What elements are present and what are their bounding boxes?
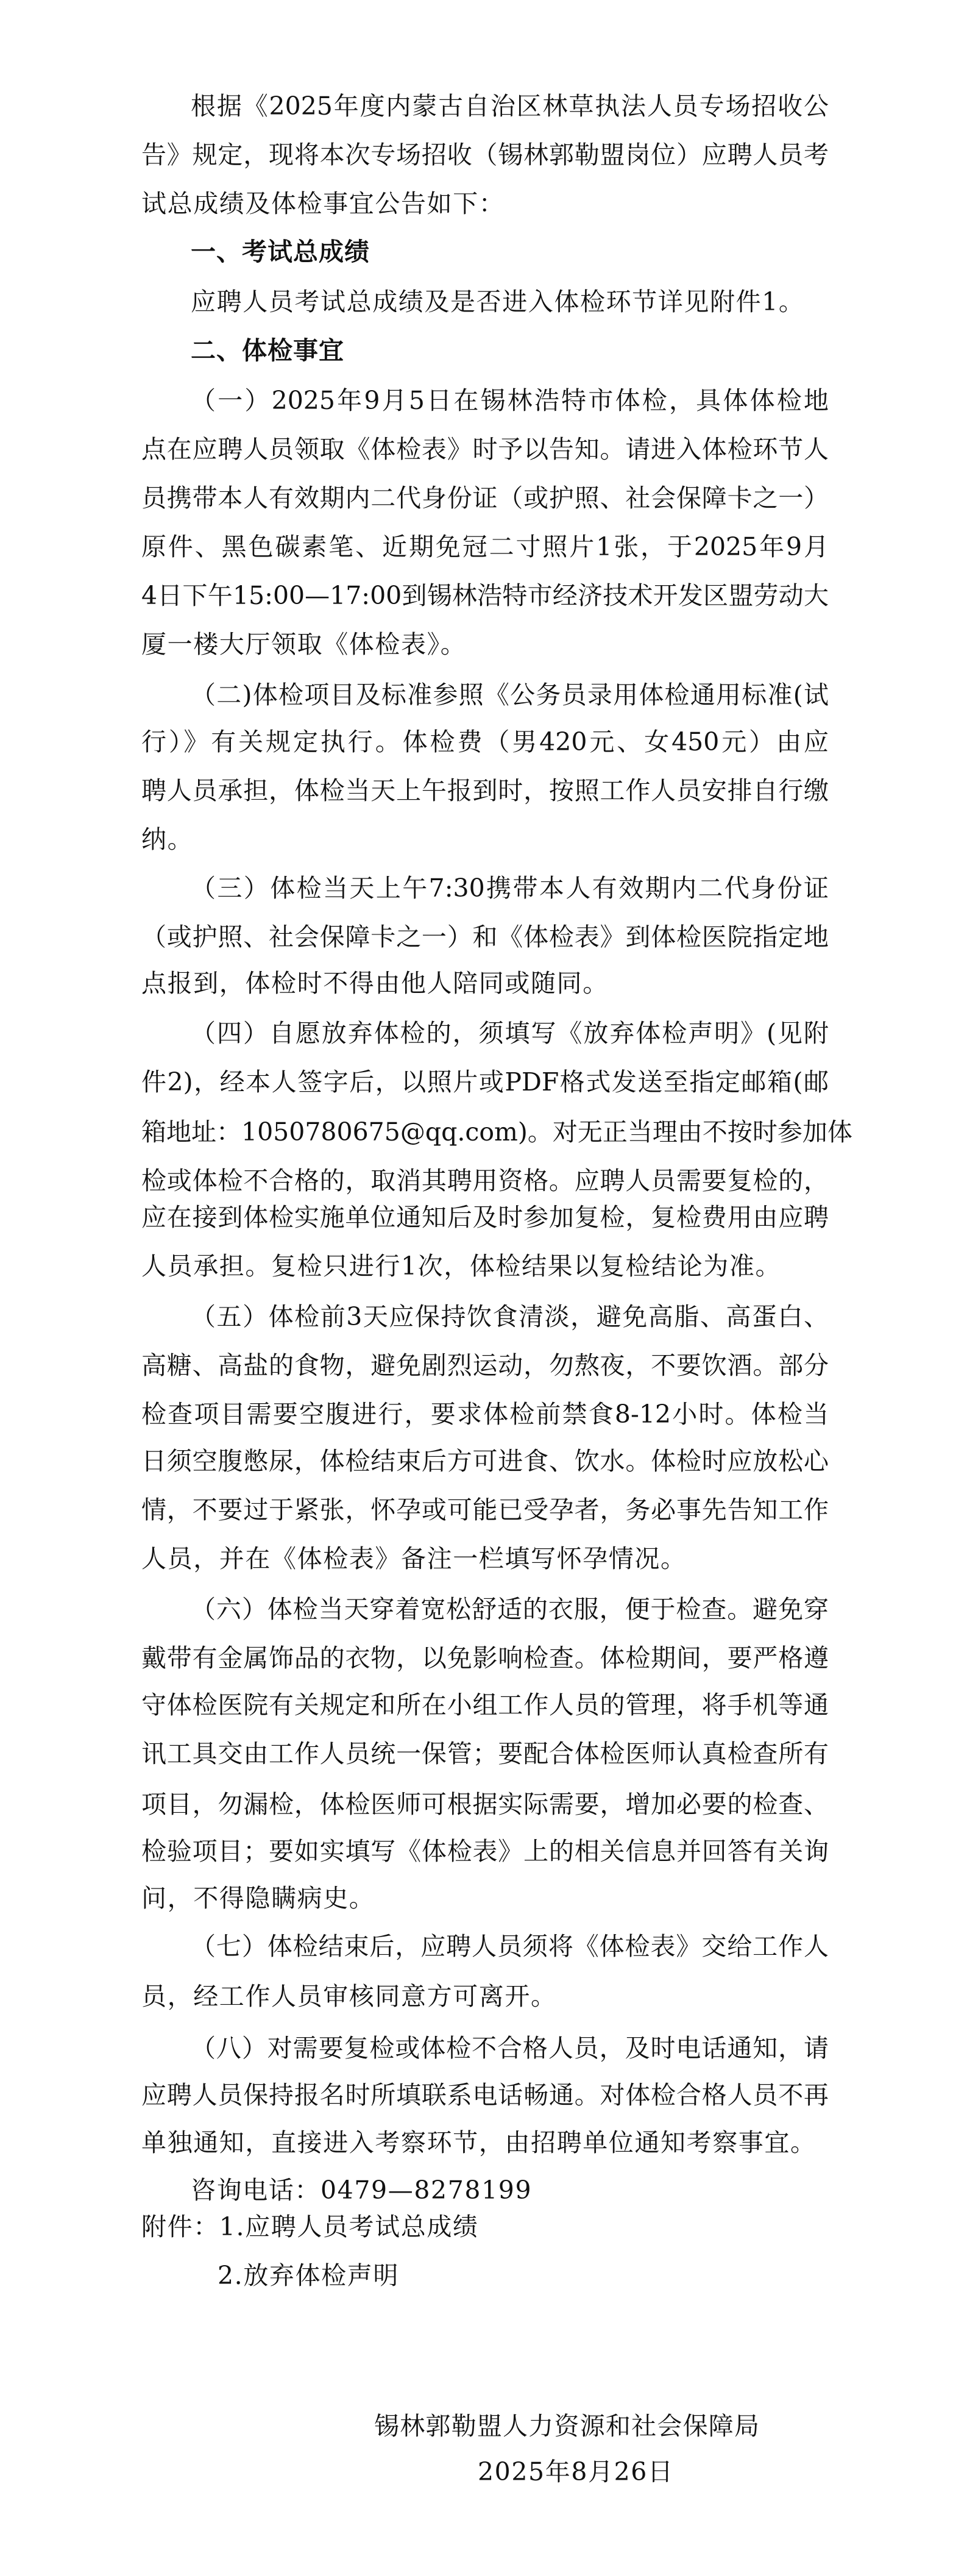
item2-line-2: 行）》有关规定执行。体检费（男420元、女450元）由应 — [141, 727, 829, 756]
item6-line-5: 项目，勿漏检，体检医师可根据实际需要，增加必要的检查、 — [141, 1790, 829, 1819]
item3-line-3: 点报到，体检时不得由他人陪同或随同。 — [141, 969, 609, 998]
item1-line-4: 原件、黑色碳素笔、近期免冠二寸照片1张，于2025年9月 — [141, 532, 829, 561]
item4-line-6: 人员承担。复检只进行1次，体检结果以复检结论为准。 — [141, 1251, 781, 1281]
item1-line-2: 点在应聘人员领取《体检表》时予以告知。请进入体检环节人 — [141, 435, 829, 464]
notice-document: 根据《2025年度内蒙古自治区林草执法人员专场招收公 告》规定，现将本次专场招收… — [0, 0, 967, 2576]
item7-line-2: 员，经工作人员审核同意方可离开。 — [141, 1982, 557, 2011]
item6-line-3: 守体检医院有关规定和所在小组工作人员的管理，将手机等通 — [141, 1690, 829, 1720]
item1-line-6: 厦一楼大厅领取《体检表》。 — [141, 630, 466, 659]
section-heading-exam-scores: 一、考试总成绩 — [191, 237, 370, 266]
item6-line-1: （六）体检当天穿着宽松舒适的衣服，便于检查。避免穿 — [191, 1595, 829, 1624]
item1-line-1: （一）2025年9月5日在锡林浩特市体检，具体体检地 — [191, 386, 829, 415]
item2-line-4: 纳。 — [141, 825, 193, 854]
item4-line-1: （四）自愿放弃体检的，须填写《放弃体检声明》(见附 — [191, 1019, 829, 1048]
item8-line-2: 应聘人员保持报名时所填联系电话畅通。对体检合格人员不再 — [141, 2080, 829, 2110]
contact-phone: 咨询电话：0479—8278199 — [191, 2176, 532, 2205]
signature-organization: 锡林郭勒盟人力资源和社会保障局 — [374, 2411, 759, 2441]
attachment-1: 附件：1.应聘人员考试总成绩 — [141, 2212, 479, 2241]
item4-line-2: 件2)，经本人签字后，以照片或PDF格式发送至指定邮箱(邮 — [141, 1067, 829, 1097]
item4-line-3: 箱地址：1050780675@qq.com)。对无正当理由不按时参加体 — [141, 1117, 829, 1147]
item6-line-7: 问，不得隐瞒病史。 — [141, 1884, 375, 1913]
item4-line-4: 检或体检不合格的，取消其聘用资格。应聘人员需要复检的， — [141, 1166, 829, 1195]
section1-line-1: 应聘人员考试总成绩及是否进入体检环节详见附件1。 — [191, 287, 804, 316]
item8-line-3: 单独通知，直接进入考察环节，由招聘单位通知考察事宜。 — [141, 2128, 816, 2157]
item7-line-1: （七）体检结束后，应聘人员须将《体检表》交给工作人 — [191, 1932, 829, 1961]
intro-line-2: 告》规定，现将本次专场招收（锡林郭勒盟岗位）应聘人员考 — [141, 140, 829, 169]
item4-line-5: 应在接到体检实施单位通知后及时参加复检，复检费用由应聘 — [141, 1203, 829, 1232]
section-heading-physical-exam: 二、体检事宜 — [191, 336, 344, 365]
item1-line-5: 4日下午15:00—17:00到锡林浩特市经济技术开发区盟劳动大 — [141, 581, 829, 610]
item8-line-1: （八）对需要复检或体检不合格人员，及时电话通知，请 — [191, 2033, 829, 2063]
attachment-2: 2.放弃体检声明 — [218, 2261, 399, 2290]
item6-line-2: 戴带有金属饰品的衣物，以免影响检查。体检期间，要严格遵 — [141, 1643, 829, 1673]
item6-line-4: 讯工具交由工作人员统一保管；要配合体检医师认真检查所有 — [141, 1739, 829, 1768]
item5-line-2: 高糖、高盐的食物，避免剧烈运动，勿熬夜，不要饮酒。部分 — [141, 1351, 829, 1380]
item5-line-1: （五）体检前3天应保持饮食清淡，避免高脂、高蛋白、 — [191, 1302, 829, 1331]
item2-line-1: （二)体检项目及标准参照《公务员录用体检通用标准(试 — [191, 680, 829, 710]
item2-line-3: 聘人员承担，体检当天上午报到时，按照工作人员安排自行缴 — [141, 776, 829, 805]
intro-line-3: 试总成绩及体检事宜公告如下： — [141, 189, 505, 218]
signature-date: 2025年8月26日 — [478, 2457, 674, 2486]
item3-line-1: （三）体检当天上午7:30携带本人有效期内二代身份证 — [191, 873, 829, 903]
item6-line-6: 检验项目；要如实填写《体检表》上的相关信息并回答有关询 — [141, 1837, 829, 1866]
item5-line-3: 检查项目需要空腹进行，要求体检前禁食8-12小时。体检当 — [141, 1400, 829, 1429]
item5-line-4: 日须空腹憋尿，体检结束后方可进食、饮水。体检时应放松心 — [141, 1446, 829, 1476]
item1-line-3: 员携带本人有效期内二代身份证（或护照、社会保障卡之一） — [141, 483, 829, 513]
item5-line-6: 人员，并在《体检表》备注一栏填写怀孕情况。 — [141, 1544, 687, 1573]
item5-line-5: 情，不要过于紧张，怀孕或可能已受孕者，务必事先告知工作 — [141, 1495, 829, 1525]
item3-line-2: （或护照、社会保障卡之一）和《体检表》到体检医院指定地 — [141, 922, 829, 952]
intro-line-1: 根据《2025年度内蒙古自治区林草执法人员专场招收公 — [191, 91, 829, 121]
